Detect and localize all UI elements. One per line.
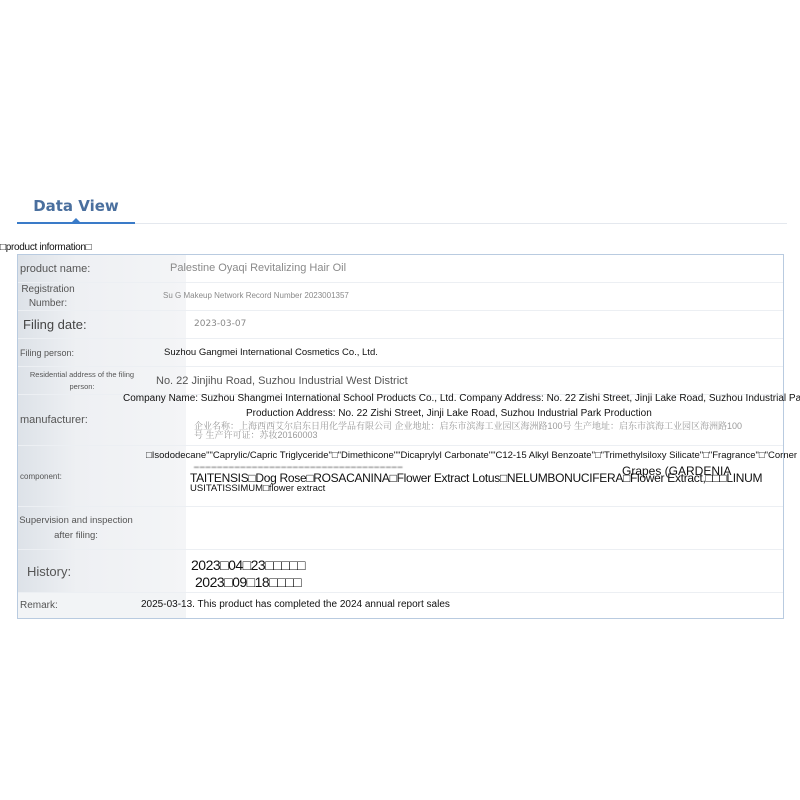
tab-data-view[interactable]: Data View bbox=[17, 195, 135, 224]
label-registration-number: Registration Number: bbox=[18, 283, 186, 310]
tab-active-underline bbox=[17, 222, 135, 224]
tab-bar: Data View bbox=[17, 195, 787, 225]
value-history: 2023□04□23□□□□□ 2023□09□18□□□□ bbox=[186, 550, 783, 592]
row-history: History: 2023□04□23□□□□□ 2023□09□18□□□□ bbox=[18, 550, 783, 593]
component-line1: □Isododecane""Caprylic/Capric Triglyceri… bbox=[146, 450, 797, 461]
product-info-table: product name: Palestine Oyaqi Revitalizi… bbox=[17, 254, 784, 619]
label-filing-person: Filing person: bbox=[18, 339, 186, 366]
product-name-text: Palestine Oyaqi Revitalizing Hair Oil bbox=[170, 262, 767, 274]
component-line3: USITATISSIMUM□flower extract bbox=[190, 483, 325, 494]
value-component: □Isododecane""Caprylic/Capric Triglyceri… bbox=[186, 446, 783, 506]
row-supervision: Supervision and inspection after filing: bbox=[18, 507, 783, 550]
manufacturer-original-line2: 号 生产许可证：苏妆20160003 bbox=[194, 428, 318, 441]
row-residential-address: Residential address of the filing person… bbox=[18, 367, 783, 395]
history-entry-2: 2023□09□18□□□□ bbox=[195, 574, 301, 590]
label-filing-date: Filing date: bbox=[18, 311, 186, 338]
page: Data View □product information□ product … bbox=[0, 0, 800, 800]
value-filing-person: Suzhou Gangmei International Cosmetics C… bbox=[186, 339, 783, 366]
row-component: component: □Isododecane""Caprylic/Capric… bbox=[18, 446, 783, 507]
value-filing-date: 2023-03-07 bbox=[186, 311, 783, 338]
registration-number-text: Su G Makeup Network Record Number 202300… bbox=[163, 291, 349, 300]
caret-up-icon bbox=[72, 218, 80, 222]
remark-text: 2025-03-13. This product has completed t… bbox=[141, 599, 450, 610]
manufacturer-line1: Company Name: Suzhou Shangmei Internatio… bbox=[123, 393, 800, 404]
row-remark: Remark: 2025-03-13. This product has com… bbox=[18, 593, 783, 618]
value-remark: 2025-03-13. This product has completed t… bbox=[186, 593, 783, 618]
manufacturer-line2: Production Address: No. 22 Zishi Street,… bbox=[246, 408, 652, 419]
value-supervision bbox=[186, 507, 783, 549]
label-supervision: Supervision and inspection after filing: bbox=[18, 507, 186, 549]
row-registration-number: Registration Number: Su G Makeup Network… bbox=[18, 283, 783, 311]
component-overlay: Grapes (GARDENIA bbox=[622, 464, 731, 478]
label-product-name: product name: bbox=[18, 255, 186, 282]
value-manufacturer: Company Name: Suzhou Shangmei Internatio… bbox=[186, 395, 783, 445]
value-product-name: Palestine Oyaqi Revitalizing Hair Oil bbox=[186, 255, 783, 282]
row-filing-date: Filing date: 2023-03-07 bbox=[18, 311, 783, 339]
history-entry-1: 2023□04□23□□□□□ bbox=[191, 557, 305, 573]
row-manufacturer: manufacturer: Company Name: Suzhou Shang… bbox=[18, 395, 783, 446]
row-filing-person: Filing person: Suzhou Gangmei Internatio… bbox=[18, 339, 783, 367]
label-history: History: bbox=[18, 550, 186, 592]
filing-person-text: Suzhou Gangmei International Cosmetics C… bbox=[164, 347, 378, 358]
filing-date-text: 2023-03-07 bbox=[194, 319, 246, 329]
tab-data-view-label: Data View bbox=[33, 197, 119, 215]
section-title: □product information□ bbox=[0, 242, 91, 253]
row-product-name: product name: Palestine Oyaqi Revitalizi… bbox=[18, 255, 783, 283]
value-registration-number: Su G Makeup Network Record Number 202300… bbox=[186, 283, 783, 310]
value-residential-address: No. 22 Jinjihu Road, Suzhou Industrial W… bbox=[186, 367, 783, 394]
residential-address-text: No. 22 Jinjihu Road, Suzhou Industrial W… bbox=[156, 375, 408, 387]
